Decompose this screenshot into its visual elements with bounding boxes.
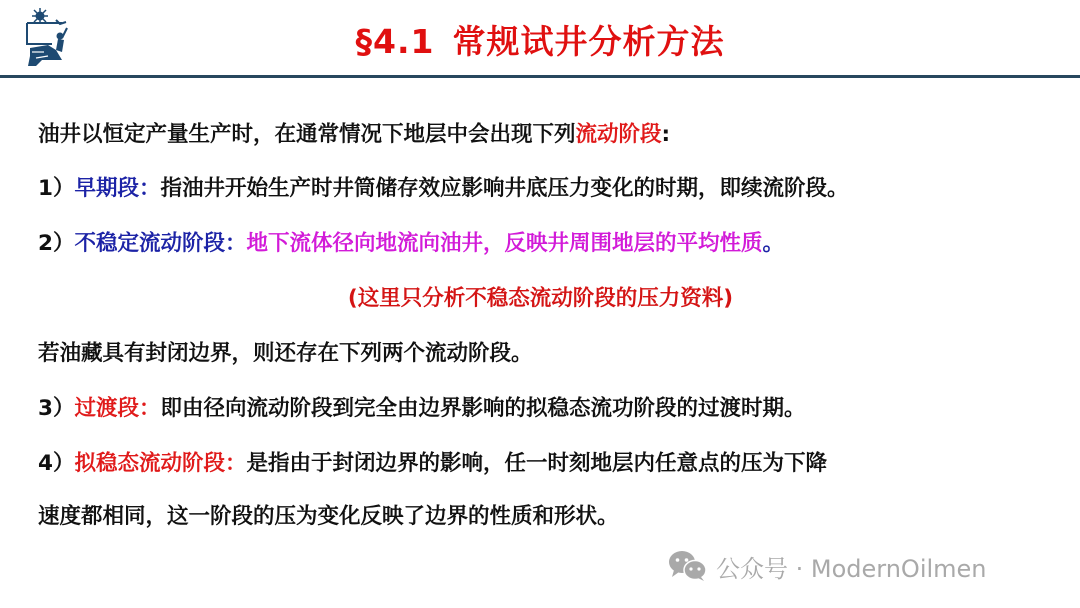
title-text: 常规试井分析方法 [452,22,724,61]
wechat-icon [668,550,708,582]
intro-text: 油井以恒定产量生产时，在通常情况下地层中会出现下列 [38,122,576,147]
item-description: 即由径向流动阶段到完全由边界影响的拟稳态流功阶段的过渡时期。 [160,396,805,421]
item-number: 1） [38,176,74,201]
item-number: 3） [38,396,74,421]
intro-colon: : [662,122,671,147]
section-number: §4.1 [356,22,435,61]
item-3: 3）过渡段：即由径向流动阶段到完全由边界影响的拟稳态流功阶段的过渡时期。 [38,394,806,424]
item-2: 2）不稳定流动阶段：地下流体径向地流向油井，反映井周围地层的平均性质。 [38,229,784,259]
item-4: 4）拟稳态流动阶段：是指由于封闭边界的影响，任一时刻地层内任意点的压为下降 [38,449,827,479]
item-term: 拟稳态流动阶段： [74,451,246,476]
boundary-intro-line: 若油藏具有封闭边界，则还存在下列两个流动阶段。 [38,339,533,369]
item-description: 指油井开始生产时井筒储存效应影响井底压力变化的时期，即续流阶段。 [160,176,848,201]
slide-title: §4.1常规试井分析方法 [0,20,1080,64]
item-number: 2） [38,231,74,256]
intro-highlight: 流动阶段 [576,122,662,147]
item-period: 。 [763,231,785,256]
slide-header: §4.1常规试井分析方法 [0,0,1080,80]
header-divider [0,75,1080,78]
analysis-note: (这里只分析不稳态流动阶段的压力资料) [38,284,1043,314]
item-4-continuation: 速度都相同，这一阶段的压为变化反映了边界的性质和形状。 [38,502,619,532]
intro-line: 油井以恒定产量生产时，在通常情况下地层中会出现下列流动阶段: [38,120,670,150]
item-1: 1）早期段：指油井开始生产时井筒储存效应影响井底压力变化的时期，即续流阶段。 [38,174,849,204]
item-description: 地下流体径向地流向油井，反映井周围地层的平均性质 [246,231,762,256]
item-description: 是指由于封闭边界的影响，任一时刻地层内任意点的压为下降 [246,451,827,476]
item-term: 过渡段： [74,396,160,421]
watermark-text: 公众号 · ModernOilmen [716,549,987,584]
item-term: 不稳定流动阶段： [74,231,246,256]
watermark: 公众号 · ModernOilmen [668,548,987,584]
item-number: 4） [38,451,74,476]
item-term: 早期段： [74,176,160,201]
